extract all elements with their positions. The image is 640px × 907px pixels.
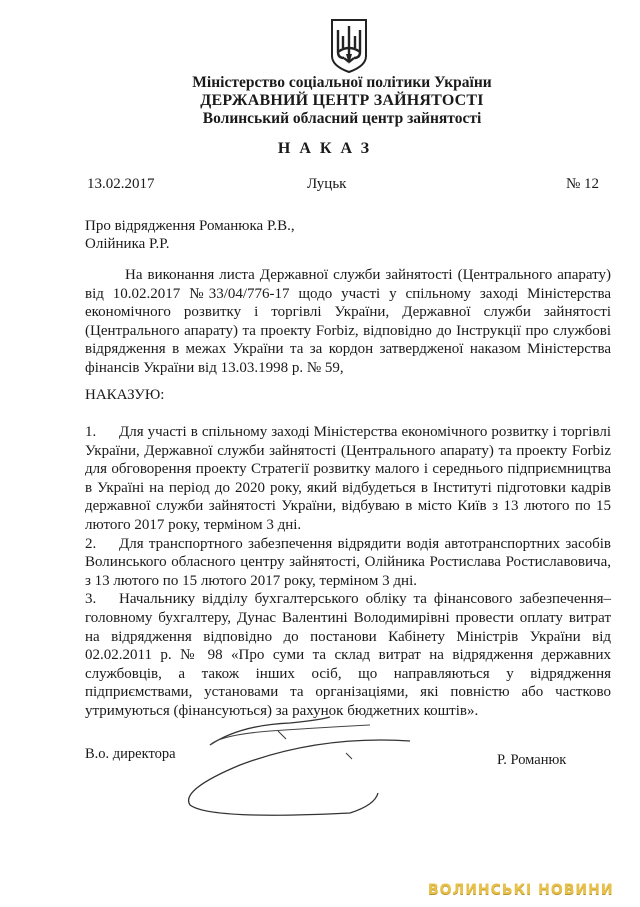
document-number: № 12 (566, 176, 599, 193)
order-word: НАКАЗУЮ: (85, 387, 164, 404)
order-item: 2.Для транспортного забезпечення відряди… (85, 535, 611, 591)
item-number: 2. (85, 535, 119, 554)
trident-coat-of-arms-icon (329, 18, 369, 74)
document-title: НАКАЗ (0, 140, 640, 158)
subject-line: Олійника Р.Р. (85, 235, 295, 253)
document-subject: Про відрядження Романюка Р.В., Олійника … (85, 217, 295, 253)
handwritten-signature-icon (170, 705, 440, 825)
ministry-name: Міністерство соціальної політики України (0, 74, 640, 92)
order-items: 1.Для участі в спільному заході Міністер… (85, 423, 611, 721)
document-date: 13.02.2017 (87, 176, 155, 193)
item-number: 1. (85, 423, 119, 442)
item-text: Для транспортного забезпечення відрядити… (85, 536, 611, 589)
center-name: ДЕРЖАВНИЙ ЦЕНТР ЗАЙНЯТОСТІ (0, 92, 640, 110)
item-text: Начальнику відділу бухгалтерського облік… (85, 591, 611, 719)
item-number: 3. (85, 590, 119, 609)
regional-center-name: Волинський обласний центр зайнятості (0, 110, 640, 128)
order-item: 1.Для участі в спільному заході Міністер… (85, 423, 611, 535)
signatory-name: Р. Романюк (497, 752, 566, 769)
preamble-paragraph: На виконання листа Державної служби зайн… (85, 266, 611, 378)
document-page: Міністерство соціальної політики України… (0, 0, 640, 907)
subject-line: Про відрядження Романюка Р.В., (85, 217, 295, 235)
order-item: 3.Начальнику відділу бухгалтерського обл… (85, 590, 611, 720)
document-city: Луцьк (307, 176, 346, 193)
watermark-logo: ВОЛИНСЬКІ НОВИНИ (428, 882, 614, 898)
signature-label: В.о. директора (85, 746, 176, 763)
item-text: Для участі в спільному заході Міністерст… (85, 424, 611, 533)
